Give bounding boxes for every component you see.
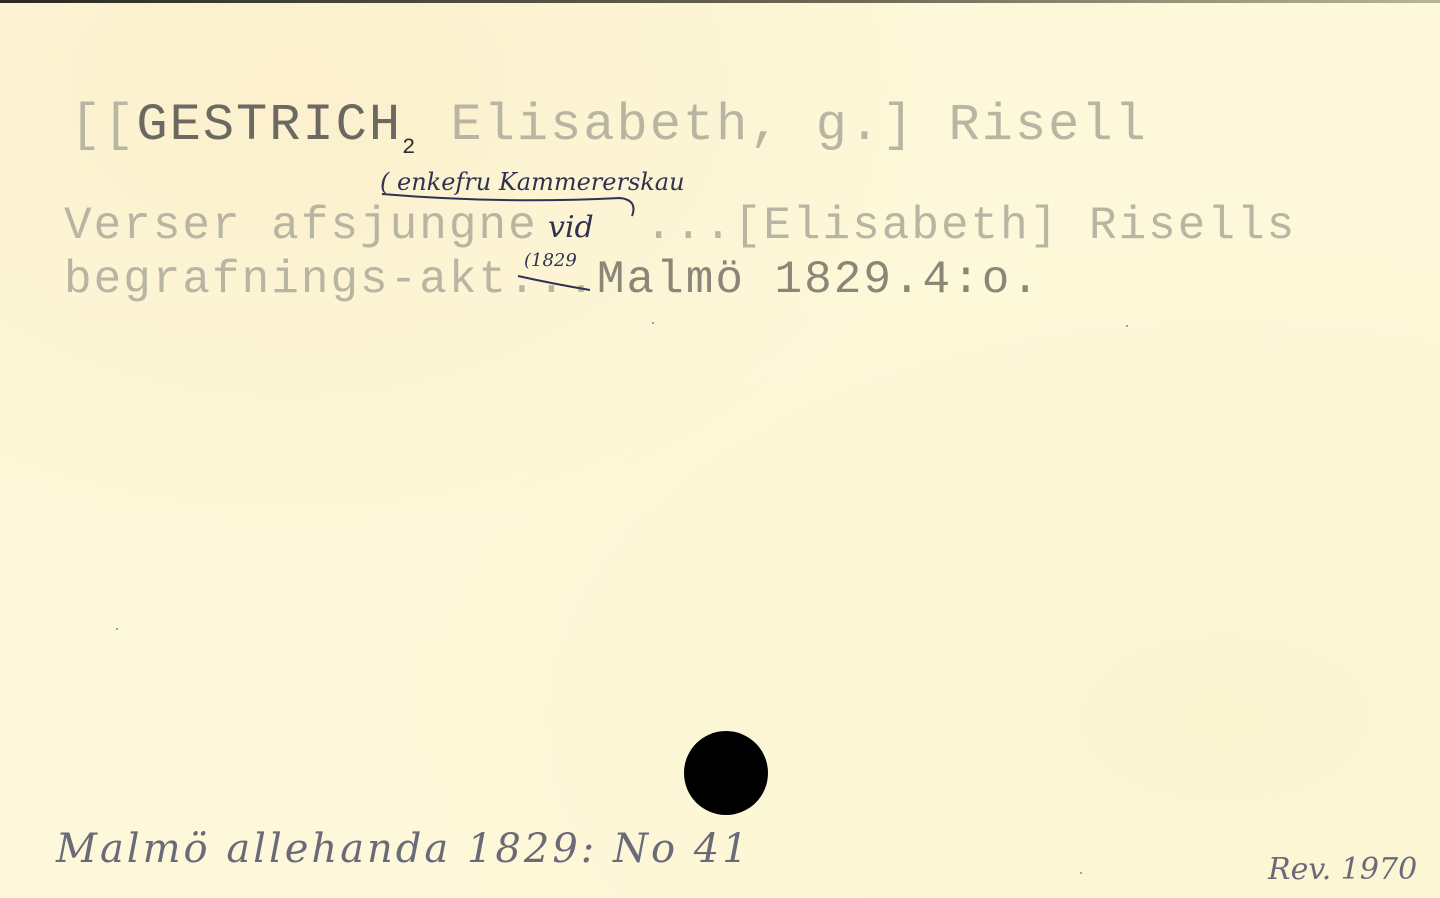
paper-speck — [1126, 325, 1128, 327]
paper-speck — [652, 322, 654, 324]
source-note: Malmö allehanda 1829: No 41 — [56, 826, 751, 872]
heading-bracket: [[ — [70, 96, 136, 155]
card-heading: [[GESTRICH2 Elisabeth, g.] Risell — [70, 96, 1148, 178]
catalog-card: [[GESTRICH2 Elisabeth, g.] Risell Verser… — [0, 0, 1440, 898]
paper-speck — [1080, 872, 1082, 874]
punch-hole — [684, 731, 768, 815]
heading-rest: Elisabeth, g.] Risell — [417, 96, 1148, 155]
revision-note: Rev. 1970 — [1268, 852, 1417, 887]
handwritten-brace-line — [380, 190, 640, 218]
heading-subscript: 2 — [402, 135, 417, 160]
card-top-edge — [0, 0, 1440, 3]
handwritten-year-brace — [514, 250, 598, 296]
paper-speck — [116, 628, 118, 630]
title-line-2-suffix: Malmö 1829.4:o. — [597, 254, 1041, 306]
title-line-1-prefix: Verser afs — [64, 200, 360, 252]
title-line-1-suffix: ...[Elisabeth] Risells — [586, 200, 1297, 252]
title-line-1: Verser afsjungne ...[Elisabeth] Risells — [64, 198, 1296, 254]
heading-surname: GESTRICH — [136, 96, 402, 155]
title-line-2-prefix: begrafnings-akt — [64, 254, 508, 306]
